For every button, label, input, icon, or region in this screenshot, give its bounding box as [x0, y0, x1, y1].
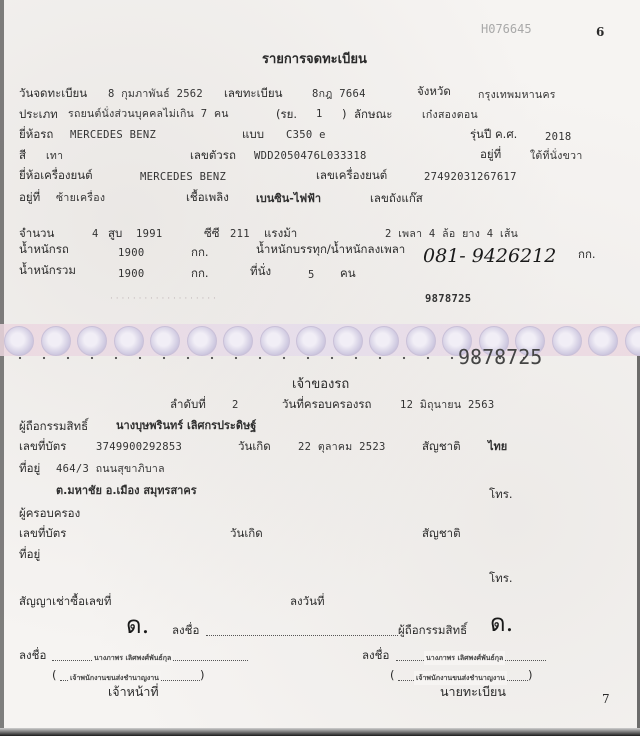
emblem-seal-icon — [406, 326, 436, 356]
engine-location-value: ซ้ายเครื่อง — [56, 191, 105, 205]
registrar-paren-close: ) — [528, 668, 533, 682]
possessor-phone-label: โทร. — [489, 571, 513, 585]
handwritten-phone-number: 081- 9426212 — [423, 249, 556, 263]
order-value: 2 — [232, 398, 239, 412]
year-label: รุ่นปี ค.ศ. — [470, 127, 517, 141]
fuel-label: เชื้อเพลิง — [186, 190, 229, 204]
document-number: 9878725 — [425, 292, 471, 306]
province-value: กรุงเทพมหานคร — [478, 88, 556, 102]
page-number-bottom: 7 — [602, 692, 610, 706]
year-value: 2018 — [545, 130, 572, 144]
style-value: เก๋งสองตอน — [422, 108, 478, 122]
load-weight-label: น้ำหนักบรรทุก/น้ำหนักลงเพลา — [256, 242, 405, 256]
possession-date-value: 12 มิถุนายน 2563 — [400, 398, 494, 412]
count-label: จำนวน — [19, 226, 54, 240]
emblem-seal-icon — [588, 326, 618, 356]
contract-date-label: ลงวันที่ — [290, 594, 325, 608]
possessor-birth-label: วันเกิด — [230, 526, 263, 540]
hp-label: แรงม้า — [264, 226, 297, 240]
engine-number-label: เลขเครื่องยนต์ — [316, 168, 387, 182]
officer-paren-open: ( — [52, 668, 57, 682]
gross-weight-value: 1900 — [118, 267, 145, 281]
page-number-top: 6 — [596, 25, 604, 39]
cc-label: ซีซี — [204, 226, 220, 240]
owner-sign-label: ลงชื่อ — [172, 623, 199, 637]
registrar-title: เจ้าพนักงานขนส่งชำนาญงาน — [414, 671, 507, 685]
emblem-seal-icon — [552, 326, 582, 356]
fuel-value: เบนซิน-ไฟฟ้า — [256, 192, 321, 206]
weight-unit: กก. — [191, 245, 209, 259]
engine-brand-label: ยี่ห้อเครื่องยนต์ — [19, 168, 93, 182]
cc-value: 1991 — [136, 227, 163, 241]
emblem-seal-icon — [150, 326, 180, 356]
emblem-seal-icon — [260, 326, 290, 356]
registrar-caption: นายทะเบียน — [440, 685, 506, 699]
officer-sign-label: ลงชื่อ — [19, 648, 46, 662]
owner-sign-dotline — [206, 625, 398, 636]
owner-address-line2: ต.มหาชัย อ.เมือง สมุทรสาคร — [56, 484, 197, 498]
page-edge-left — [0, 0, 4, 736]
owner-address-label: ที่อยู่ — [19, 461, 40, 475]
count-value: 4 — [92, 227, 99, 241]
page-title: รายการจดทะเบียน — [262, 53, 367, 67]
reg-date-value: 8 กุมภาพันธ์ 2562 — [108, 87, 203, 101]
order-label: ลำดับที่ — [170, 397, 206, 411]
holder-label: ผู้ถือกรรมสิทธิ์ — [19, 419, 88, 433]
possessor-label: ผู้ครอบครอง — [19, 506, 80, 520]
hp-value: 211 — [230, 227, 250, 241]
weight-value: 1900 — [118, 246, 145, 260]
cylinder-label: สูบ — [108, 226, 122, 240]
engine-number-value: 27492031267617 — [424, 170, 517, 184]
emblem-seal-icon — [369, 326, 399, 356]
holder-caption: ผู้ถือกรรมสิทธิ์ — [398, 623, 467, 637]
band-document-number: 9878725 — [458, 350, 542, 364]
emblem-seal-icon — [114, 326, 144, 356]
color-label: สี — [19, 148, 26, 162]
style-label: ลักษณะ — [354, 107, 392, 121]
chassis-value: WDD2050476L033318 — [254, 149, 367, 163]
type-value: รถยนต์นั่งส่วนบุคคลไม่เกิน 7 คน — [68, 107, 229, 121]
gas-tank-label: เลขถังแก๊ส — [370, 191, 423, 205]
faint-watermark-text: · · · · · · · · · · · · · · · · · · · — [110, 292, 216, 306]
officer-title: เจ้าพนักงานขนส่งชำนาญงาน — [68, 671, 161, 685]
officer-name: นางภาพร เลิศพงศ์พันธ์กุล — [92, 651, 173, 665]
holder-value: นางบุษพรินทร์ เลิศกรประดิษฐ์ — [116, 419, 256, 433]
owner-address-line1: 464/3 ถนนสุขาภิบาล — [56, 462, 165, 476]
engine-location-label: อยู่ที่ — [19, 190, 40, 204]
owner-id-value: 3749900292853 — [96, 440, 182, 454]
model-label: แบบ — [242, 127, 264, 141]
color-value: เทา — [46, 149, 63, 163]
registrar-sign-label: ลงชื่อ — [362, 648, 389, 662]
reg-date-label: วันจดทะเบียน — [19, 86, 87, 100]
possessor-id-label: เลขที่บัตร — [19, 526, 66, 540]
registrar-paren-open: ( — [390, 668, 395, 682]
officer-caption: เจ้าหน้าที่ — [108, 685, 159, 699]
brand-value: MERCEDES BENZ — [70, 128, 156, 142]
owner-birth-value: 22 ตุลาคม 2523 — [298, 440, 386, 454]
gross-weight-unit: กก. — [191, 266, 209, 280]
owner-phone-label: โทร. — [489, 487, 513, 501]
page-edge-bottom — [0, 728, 640, 736]
type-code-open: (รย. — [276, 107, 297, 121]
registrar-name: นางภาพร เลิศพงศ์พันธ์กุล — [424, 651, 505, 665]
brand-label: ยี่ห้อรถ — [19, 127, 53, 141]
owner-id-label: เลขที่บัตร — [19, 439, 66, 453]
province-label: จังหวัด — [417, 84, 451, 98]
chassis-label: เลขตัวรถ — [190, 148, 236, 162]
type-code-value: 1 — [316, 107, 323, 121]
possessor-address-label: ที่อยู่ — [19, 547, 40, 561]
emblem-seal-icon — [77, 326, 107, 356]
owner-section-title: เจ้าของรถ — [292, 378, 349, 392]
plate-label: เลขทะเบียน — [224, 86, 282, 100]
seats-label: ที่นั่ง — [250, 264, 271, 278]
seats-value: 5 — [308, 268, 315, 282]
emblem-seal-icon — [187, 326, 217, 356]
owner-signature: ด. — [126, 618, 149, 632]
type-code-close: ) — [342, 107, 347, 121]
owner-birth-label: วันเกิด — [238, 439, 271, 453]
plate-value: 8กฎ 7664 — [312, 87, 366, 101]
emblem-seal-icon — [333, 326, 363, 356]
perforation-dots — [8, 356, 528, 360]
possessor-nationality-label: สัญชาติ — [422, 526, 461, 540]
persons-label: คน — [340, 266, 356, 280]
serial-number: H076645 — [481, 22, 532, 36]
type-label: ประเภท — [19, 107, 58, 121]
chassis-location-label: อยู่ที่ — [480, 147, 501, 161]
emblem-seal-icon — [41, 326, 71, 356]
gross-weight-label: น้ำหนักรวม — [19, 263, 76, 277]
holder-signature: ด. — [490, 616, 513, 630]
load-weight-unit: กก. — [578, 247, 596, 261]
owner-nationality-value: ไทย — [488, 440, 507, 454]
registration-book-page: H076645 6 รายการจดทะเบียน วันจดทะเบียน 8… — [0, 0, 640, 736]
emblem-seal-icon — [223, 326, 253, 356]
weight-label: น้ำหนักรถ — [19, 242, 69, 256]
hire-purchase-label: สัญญาเช่าซื้อเลขที่ — [19, 594, 111, 608]
model-value: C350 e — [286, 128, 326, 142]
emblem-seal-icon — [4, 326, 34, 356]
emblem-seal-icon — [296, 326, 326, 356]
possession-date-label: วันที่ครอบครองรถ — [282, 397, 372, 411]
officer-paren-close: ) — [200, 668, 205, 682]
chassis-location-value: ใต้ที่นั่งขวา — [530, 149, 583, 163]
engine-brand-value: MERCEDES BENZ — [140, 170, 226, 184]
owner-nationality-label: สัญชาติ — [422, 439, 461, 453]
axle-value: 2 เพลา 4 ล้อ ยาง 4 เส้น — [385, 227, 518, 241]
